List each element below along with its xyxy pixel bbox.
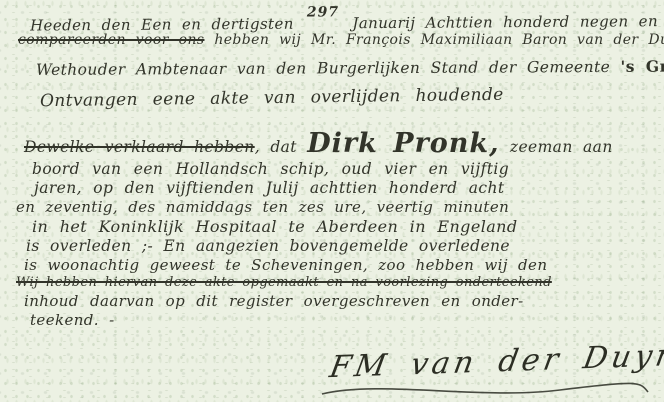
document-line: inhoud daarvan op dit register overgesch… bbox=[24, 292, 524, 310]
document-line-struck-clause: Wij hebben hiervan deze akte opgemaakt e… bbox=[16, 275, 552, 290]
document-line-deceased-name: Dewelke verklaard hebben, dat Dirk Pronk… bbox=[24, 128, 613, 159]
line-text: en zeventig, des namiddags ten zes ure, … bbox=[16, 198, 509, 216]
line-text: jaren, op den vijftienden Julij achttien… bbox=[34, 179, 504, 197]
death-certificate-page: Heeden den Een en dertigsten 297 Januari… bbox=[0, 0, 664, 402]
printed-municipality-name: 's Gravenhage, bbox=[620, 56, 664, 76]
line-text: Januarij Achttien honderd negen en zeven… bbox=[352, 12, 664, 33]
document-line: is overleden ;- En aangezien bovengemeld… bbox=[26, 237, 510, 255]
line-text: hebben wij Mr. François Maximiliaan Baro… bbox=[214, 32, 664, 48]
act-number: 297 bbox=[304, 4, 342, 20]
line-text: boord van een Hollandsch schip, oud vier… bbox=[32, 160, 509, 178]
document-line: en zeventig, des namiddags ten zes ure, … bbox=[16, 198, 509, 216]
document-line-place-of-death: in het Koninklijk Hospitaal te Aberdeen … bbox=[32, 217, 518, 236]
line-text: Wethouder Ambtenaar van den Burgerlijken… bbox=[36, 58, 610, 79]
document-line: teekend. - bbox=[30, 311, 115, 329]
document-line-registrar: compareerden voor ons hebben wij Mr. Fra… bbox=[18, 32, 664, 48]
deceased-name: Dirk Pronk, bbox=[307, 128, 499, 159]
line-text: is overleden ;- En aangezien bovengemeld… bbox=[26, 237, 510, 255]
document-line-date: Heeden den Een en dertigsten 297 Januari… bbox=[30, 2, 664, 35]
struck-text: compareerden voor ons bbox=[18, 32, 204, 48]
struck-text: Dewelke verklaard hebben bbox=[24, 138, 255, 156]
line-text: is woonachtig geweest te Scheveningen, z… bbox=[24, 256, 547, 274]
document-line-office: Wethouder Ambtenaar van den Burgerlijken… bbox=[36, 56, 664, 79]
document-line: boord van een Hollandsch schip, oud vier… bbox=[32, 160, 509, 178]
document-line-residence: is woonachtig geweest te Scheveningen, z… bbox=[24, 256, 547, 274]
line-text: in het Koninklijk Hospitaal te Aberdeen … bbox=[32, 217, 518, 236]
line-text: zeeman aan bbox=[510, 138, 613, 156]
struck-text: Wij hebben hiervan deze akte opgemaakt e… bbox=[16, 275, 552, 290]
line-text: Ontvangen eene akte van overlijden houde… bbox=[40, 85, 504, 111]
document-line: jaren, op den vijftienden Julij achttien… bbox=[34, 179, 504, 197]
line-text: inhoud daarvan op dit register overgesch… bbox=[24, 292, 524, 310]
line-text: teekend. - bbox=[30, 311, 115, 329]
document-line-received-act: Ontvangen eene akte van overlijden houde… bbox=[40, 85, 504, 111]
line-text: , dat bbox=[255, 138, 297, 156]
signature-flourish bbox=[320, 378, 650, 400]
